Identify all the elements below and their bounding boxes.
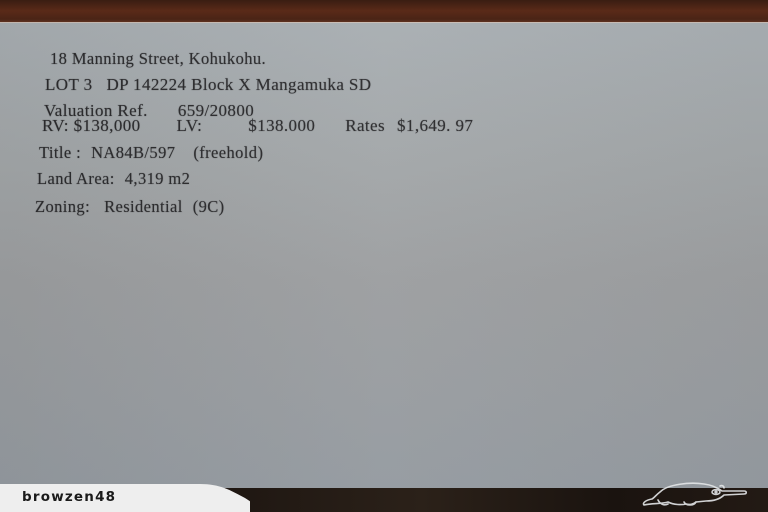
zoning-line: Zoning:Residential(9C) — [35, 197, 225, 217]
rates-value: $1,649. 97 — [397, 116, 473, 135]
title-label: Title : — [39, 143, 81, 162]
platypus-logo-icon — [638, 478, 750, 508]
land-area-label: Land Area: — [37, 169, 115, 188]
valuation-values-line: RV: $138,000LV:$138.000Rates$1,649. 97 — [42, 116, 473, 136]
land-area-line: Land Area:4,319 m2 — [37, 169, 190, 189]
username[interactable]: browzen48 — [22, 489, 116, 505]
legal-description: DP 142224 Block X Mangamuka SD — [107, 75, 372, 94]
property-note-paper: 18 Manning Street, Kohukohu. LOT 3DP 142… — [0, 22, 768, 490]
title-line: Title :NA84B/597(freehold) — [39, 143, 263, 163]
land-area-value: 4,319 m2 — [125, 169, 191, 188]
legal-description-line: LOT 3DP 142224 Block X Mangamuka SD — [45, 75, 371, 95]
address: 18 Manning Street, Kohukohu. — [50, 49, 266, 68]
address-line: 18 Manning Street, Kohukohu. — [50, 49, 266, 69]
rv-label: RV: — [42, 116, 69, 135]
zoning-label: Zoning: — [35, 197, 90, 216]
rv-value: $138,000 — [74, 116, 141, 135]
title-value: NA84B/597 — [91, 143, 175, 162]
zoning-code: (9C) — [193, 197, 225, 216]
wooden-table-top-edge — [0, 0, 768, 24]
lot-number: LOT 3 — [45, 75, 93, 94]
rates-label: Rates — [345, 116, 385, 135]
lv-label: LV: — [177, 116, 203, 135]
tenure: (freehold) — [193, 143, 263, 162]
lv-value: $138.000 — [248, 116, 315, 135]
zoning-value: Residential — [104, 197, 183, 216]
